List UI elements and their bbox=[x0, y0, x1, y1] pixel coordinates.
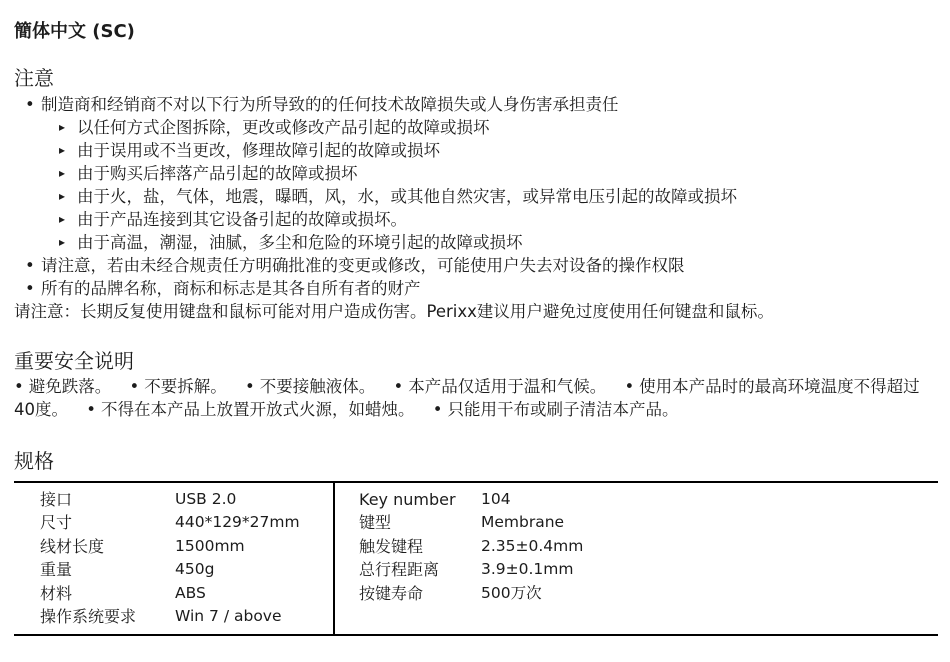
notice-footnote: 请注意：长期反复使用键盘和鼠标可能对用户造成伤害。Perixx建议用户避免过度使… bbox=[14, 300, 938, 323]
list-item-text: 由于高温，潮湿，油腻，多尘和危险的环境引起的故障或损坏 bbox=[77, 231, 523, 254]
bullet-icon: • bbox=[129, 377, 139, 396]
specs-heading: 规格 bbox=[14, 449, 938, 473]
list-item: • 所有的品牌名称，商标和标志是其各自所有者的财产 bbox=[14, 277, 938, 300]
notice-list: • 制造商和经销商不对以下行为所导致的的任何技术故障损失或人身伤害承担责任 ▸ … bbox=[14, 93, 938, 300]
list-item-text: 请注意，若由未经合规责任方明确批准的变更或修改，可能使用户失去对设备的操作权限 bbox=[41, 254, 685, 277]
notice-section: 注意 • 制造商和经销商不对以下行为所导致的的任何技术故障损失或人身伤害承担责任… bbox=[14, 66, 938, 323]
spec-label: 操作系统要求 bbox=[40, 605, 175, 628]
spec-value: Membrane bbox=[481, 511, 564, 534]
spec-label: 总行程距离 bbox=[359, 558, 481, 581]
safety-item: •不得在本产品上放置开放式火源，如蜡烛。 bbox=[86, 400, 414, 419]
spec-label: 按键寿命 bbox=[359, 582, 481, 605]
spec-value: USB 2.0 bbox=[175, 488, 236, 511]
safety-item-text: 避免跌落。 bbox=[29, 377, 112, 396]
spec-label: 尺寸 bbox=[40, 511, 175, 534]
spec-label: 重量 bbox=[40, 558, 175, 581]
bullet-icon: • bbox=[624, 377, 634, 396]
spec-table: 接口 USB 2.0 尺寸 440*129*27mm 线材长度 1500mm bbox=[14, 481, 938, 636]
spec-column-left: 接口 USB 2.0 尺寸 440*129*27mm 线材长度 1500mm bbox=[14, 483, 335, 634]
list-item: ▸ 由于火，盐，气体，地震，曝晒，风，水，或其他自然灾害，或异常电压引起的故障或… bbox=[14, 185, 938, 208]
bullet-icon: ▸ bbox=[59, 208, 77, 231]
bullet-icon: • bbox=[25, 254, 41, 277]
spec-value: 500万次 bbox=[481, 582, 542, 605]
safety-item-text: 不要接触液体。 bbox=[260, 377, 376, 396]
document-page: 簡体中文 (SC) 注意 • 制造商和经销商不对以下行为所导致的的任何技术故障损… bbox=[14, 20, 938, 636]
spec-row: 按键寿命 500万次 bbox=[359, 582, 938, 605]
safety-item-text: 本产品仅适用于温和气候。 bbox=[408, 377, 606, 396]
safety-item-text: 不得在本产品上放置开放式火源，如蜡烛。 bbox=[101, 400, 415, 419]
bullet-icon: • bbox=[25, 277, 41, 300]
list-item-text: 由于购买后摔落产品引起的故障或损坏 bbox=[77, 162, 358, 185]
safety-item: •不要拆解。 bbox=[129, 377, 226, 396]
safety-heading: 重要安全说明 bbox=[14, 349, 938, 373]
spec-row: 触发键程 2.35±0.4mm bbox=[359, 535, 938, 558]
list-item-text: 制造商和经销商不对以下行为所导致的的任何技术故障损失或人身伤害承担责任 bbox=[41, 93, 619, 116]
bullet-icon: • bbox=[86, 400, 96, 419]
spec-label: 键型 bbox=[359, 511, 481, 534]
bullet-icon: ▸ bbox=[59, 116, 77, 139]
bullet-icon: ▸ bbox=[59, 185, 77, 208]
safety-item: •不要接触液体。 bbox=[245, 377, 375, 396]
spec-value: 104 bbox=[481, 488, 511, 511]
safety-item-text: 只能用干布或刷子清洁本产品。 bbox=[447, 400, 678, 419]
list-item: ▸ 以任何方式企图拆除，更改或修改产品引起的故障或损坏 bbox=[14, 116, 938, 139]
bullet-icon: • bbox=[25, 93, 41, 116]
bullet-icon: • bbox=[14, 377, 24, 396]
safety-item: •本产品仅适用于温和气候。 bbox=[393, 377, 606, 396]
spec-value: 450g bbox=[175, 558, 214, 581]
bullet-icon: • bbox=[245, 377, 255, 396]
spec-row: 总行程距离 3.9±0.1mm bbox=[359, 558, 938, 581]
list-item: ▸ 由于高温，潮湿，油腻，多尘和危险的环境引起的故障或损坏 bbox=[14, 231, 938, 254]
safety-item: •只能用干布或刷子清洁本产品。 bbox=[433, 400, 679, 419]
spec-column-right: Key number 104 键型 Membrane 触发键程 2.35±0.4… bbox=[335, 483, 938, 634]
list-item-text: 由于产品连接到其它设备引起的故障或损坏。 bbox=[77, 208, 407, 231]
spec-value: Win 7 / above bbox=[175, 605, 282, 628]
spec-row: 重量 450g bbox=[40, 558, 333, 581]
spec-value: 2.35±0.4mm bbox=[481, 535, 583, 558]
spec-label: 线材长度 bbox=[40, 535, 175, 558]
spec-label: 材料 bbox=[40, 582, 175, 605]
spec-row: 材料 ABS bbox=[40, 582, 333, 605]
list-item: • 请注意，若由未经合规责任方明确批准的变更或修改，可能使用户失去对设备的操作权… bbox=[14, 254, 938, 277]
spec-value: ABS bbox=[175, 582, 206, 605]
spec-row: 键型 Membrane bbox=[359, 511, 938, 534]
bullet-icon: ▸ bbox=[59, 139, 77, 162]
list-item: ▸ 由于产品连接到其它设备引起的故障或损坏。 bbox=[14, 208, 938, 231]
bullet-icon: • bbox=[433, 400, 443, 419]
spec-value: 3.9±0.1mm bbox=[481, 558, 574, 581]
spec-row: Key number 104 bbox=[359, 488, 938, 511]
spec-row: 线材长度 1500mm bbox=[40, 535, 333, 558]
spec-value: 440*129*27mm bbox=[175, 511, 300, 534]
safety-item-text: 不要拆解。 bbox=[144, 377, 227, 396]
page-title: 簡体中文 (SC) bbox=[14, 20, 938, 44]
spec-row: 接口 USB 2.0 bbox=[40, 488, 333, 511]
list-item-text: 以任何方式企图拆除，更改或修改产品引起的故障或损坏 bbox=[77, 116, 490, 139]
list-item-text: 由于误用或不当更改，修理故障引起的故障或损坏 bbox=[77, 139, 440, 162]
spec-row: 操作系统要求 Win 7 / above bbox=[40, 605, 333, 628]
bullet-icon: ▸ bbox=[59, 231, 77, 254]
safety-list: •避免跌落。 •不要拆解。 •不要接触液体。 •本产品仅适用于温和气候。 •使用… bbox=[14, 375, 938, 421]
specs-section: 规格 接口 USB 2.0 尺寸 440*129*27mm 线材长度 bbox=[14, 449, 938, 636]
spec-label: 接口 bbox=[40, 488, 175, 511]
spec-row: 尺寸 440*129*27mm bbox=[40, 511, 333, 534]
list-item-text: 所有的品牌名称，商标和标志是其各自所有者的财产 bbox=[41, 277, 421, 300]
spec-label: Key number bbox=[359, 488, 481, 511]
spec-value: 1500mm bbox=[175, 535, 245, 558]
safety-item: •避免跌落。 bbox=[14, 377, 111, 396]
notice-heading: 注意 bbox=[14, 66, 938, 90]
spec-label: 触发键程 bbox=[359, 535, 481, 558]
list-item: • 制造商和经销商不对以下行为所导致的的任何技术故障损失或人身伤害承担责任 bbox=[14, 93, 938, 116]
list-item: ▸ 由于购买后摔落产品引起的故障或损坏 bbox=[14, 162, 938, 185]
bullet-icon: • bbox=[393, 377, 403, 396]
safety-section: 重要安全说明 •避免跌落。 •不要拆解。 •不要接触液体。 •本产品仅适用于温和… bbox=[14, 349, 938, 421]
list-item-text: 由于火，盐，气体，地震，曝晒，风，水，或其他自然灾害，或异常电压引起的故障或损坏 bbox=[77, 185, 737, 208]
list-item: ▸ 由于误用或不当更改，修理故障引起的故障或损坏 bbox=[14, 139, 938, 162]
bullet-icon: ▸ bbox=[59, 162, 77, 185]
